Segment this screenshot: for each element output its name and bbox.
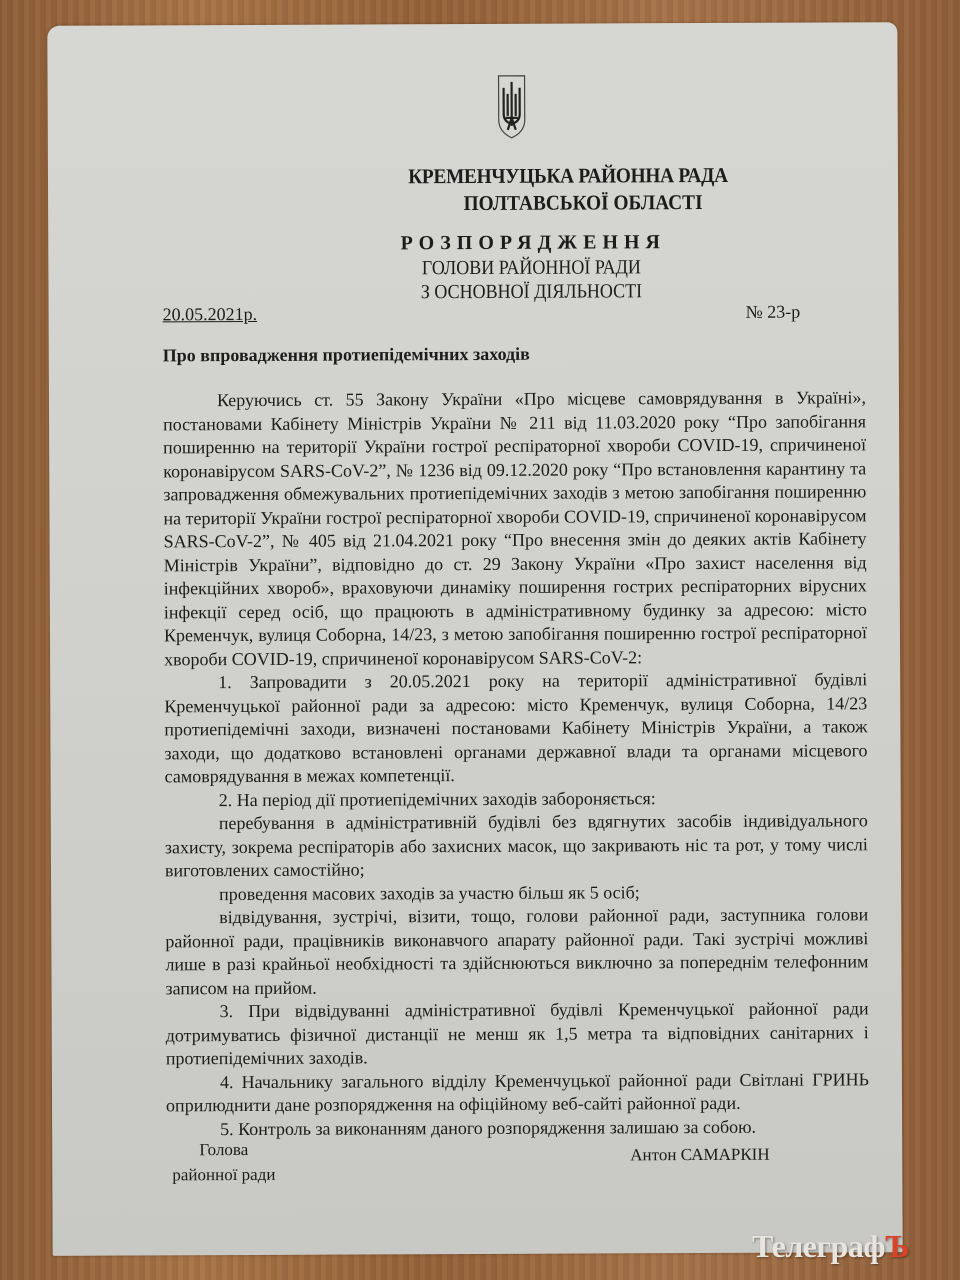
item-2: 2. На період дії протиепідемічних заході…	[165, 786, 868, 813]
organization-name: КРЕМЕНЧУЦЬКА РАЙОННА РАДА	[177, 162, 959, 190]
item-2-ban-visits: відвідування, зустрічі, візити, тощо, го…	[165, 903, 868, 1000]
document-body: Керуючись ст. 55 Закону України «Про міс…	[163, 386, 869, 1141]
preamble-paragraph: Керуючись ст. 55 Закону України «Про міс…	[163, 386, 867, 671]
item-1: 1. Запровадити з 20.05.2021 року на тери…	[164, 668, 868, 789]
watermark-accent: Ъ	[885, 1228, 909, 1264]
signatory-name: Антон САМАРКІН	[630, 1145, 769, 1166]
document-subject: Про впровадження протиепідемічних заході…	[163, 344, 530, 367]
signatory-position-line2: районної ради	[172, 1162, 275, 1187]
signatory-position-line1: Голова	[172, 1137, 275, 1162]
item-3: 3. При відвідуванні адміністративної буд…	[166, 997, 869, 1071]
telegraf-watermark-logo: ТелеграфЪ	[752, 1228, 909, 1265]
document-page: КРЕМЕНЧУЦЬКА РАЙОННА РАДА ПОЛТАВСЬКОЇ ОБ…	[47, 22, 902, 1256]
document-type: РОЗПОРЯДЖЕННЯ	[108, 230, 958, 257]
document-number: № 23-р	[746, 302, 801, 323]
document-subtitle-1: ГОЛОВИ РАЙОННОЇ РАДИ	[149, 255, 914, 281]
signatory-position: Голова районної ради	[172, 1137, 275, 1187]
item-2-ban-masks: перебування в адміністративній будівлі б…	[165, 809, 868, 883]
watermark-text: Телеграф	[752, 1228, 885, 1264]
document-date: 20.05.2021р.	[163, 304, 258, 325]
organization-region: ПОЛТАВСЬКОЇ ОБЛАСТІ	[192, 189, 960, 217]
item-4: 4. Начальнику загального відділу Кременч…	[166, 1068, 869, 1118]
trident-icon	[497, 74, 527, 140]
item-2-ban-events: проведення масових заходів за участю біл…	[165, 880, 868, 907]
